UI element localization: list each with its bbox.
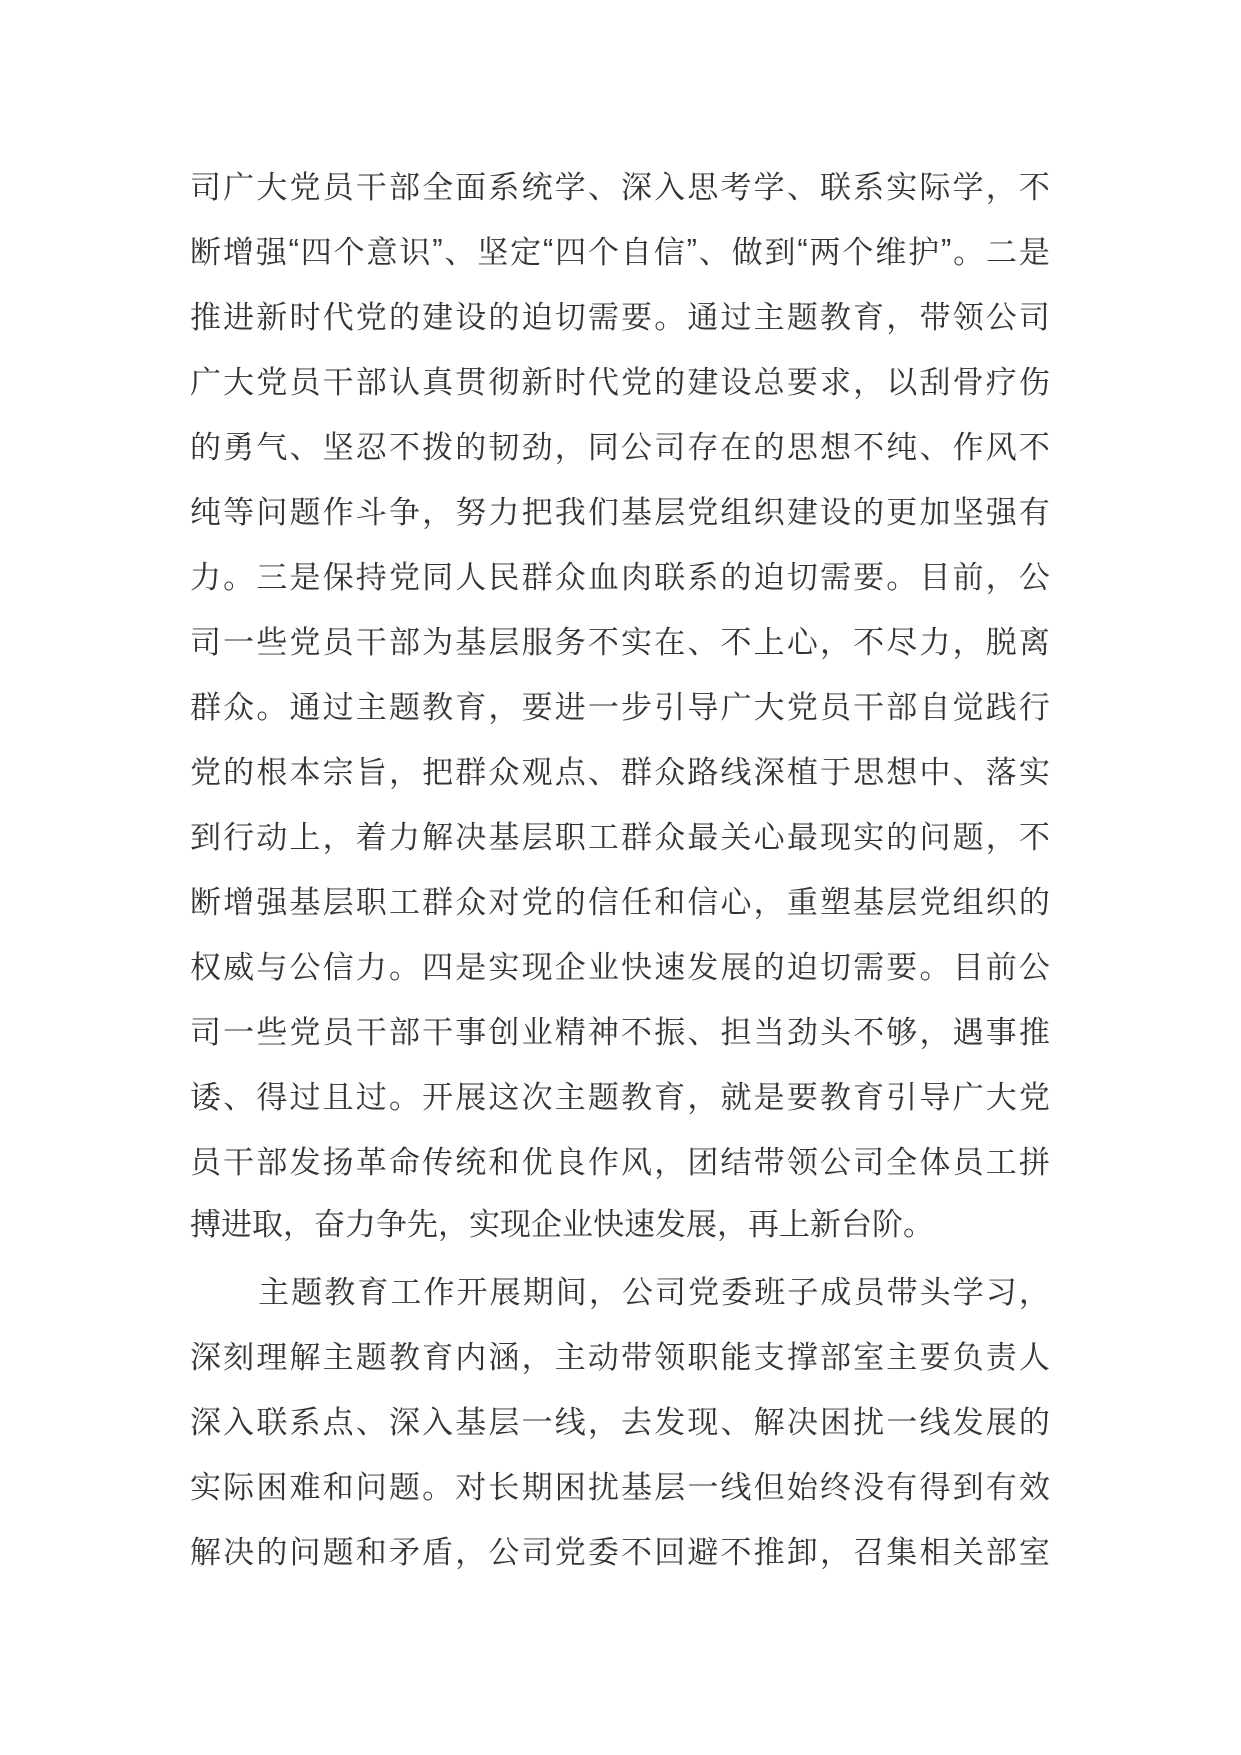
text-line: 权威与公信力。四是实现企业快速发展的迫切需要。目前公 xyxy=(190,932,1050,997)
text-line: 深入联系点、深入基层一线，去发现、解决困扰一线发展的 xyxy=(190,1387,1050,1452)
text-line: 断增强基层职工群众对党的信任和信心，重塑基层党组织的 xyxy=(190,867,1050,932)
text-line: 搏进取，奋力争先，实现企业快速发展，再上新台阶。 xyxy=(190,1192,1050,1257)
text-line: 力。三是保持党同人民群众血肉联系的迫切需要。目前，公 xyxy=(190,542,1050,607)
text-line: 到行动上，着力解决基层职工群众最关心最现实的问题，不 xyxy=(190,802,1050,867)
text-line: 司广大党员干部全面系统学、深入思考学、联系实际学，不 xyxy=(190,152,1050,217)
text-line: 群众。通过主题教育，要进一步引导广大党员干部自觉践行 xyxy=(190,672,1050,737)
text-line: 主题教育工作开展期间，公司党委班子成员带头学习， xyxy=(190,1257,1050,1322)
text-line: 司一些党员干部干事创业精神不振、担当劲头不够，遇事推 xyxy=(190,997,1050,1062)
text-line: 解决的问题和矛盾，公司党委不回避不推卸，召集相关部室 xyxy=(190,1517,1050,1582)
text-line: 推进新时代党的建设的迫切需要。通过主题教育，带领公司 xyxy=(190,282,1050,347)
text-line: 纯等问题作斗争，努力把我们基层党组织建设的更加坚强有 xyxy=(190,477,1050,542)
first-line-indent xyxy=(190,1289,256,1290)
text-line: 司一些党员干部为基层服务不实在、不上心，不尽力，脱离 xyxy=(190,607,1050,672)
text-line: 党的根本宗旨，把群众观点、群众路线深植于思想中、落实 xyxy=(190,737,1050,802)
text-line: 实际困难和问题。对长期困扰基层一线但始终没有得到有效 xyxy=(190,1452,1050,1517)
text-line: 员干部发扬革命传统和优良作风，团结带领公司全体员工拼 xyxy=(190,1127,1050,1192)
text-line: 断增强“四个意识”、坚定“四个自信”、做到“两个维护”。二是 xyxy=(190,217,1050,282)
text-line: 广大党员干部认真贯彻新时代党的建设总要求，以刮骨疗伤 xyxy=(190,347,1050,412)
document-body: 司广大党员干部全面系统学、深入思考学、联系实际学，不断增强“四个意识”、坚定“四… xyxy=(190,152,1050,1582)
text-line: 诿、得过且过。开展这次主题教育，就是要教育引导广大党 xyxy=(190,1062,1050,1127)
text-line: 的勇气、坚忍不拨的韧劲，同公司存在的思想不纯、作风不 xyxy=(190,412,1050,477)
text-line: 深刻理解主题教育内涵，主动带领职能支撑部室主要负责人 xyxy=(190,1322,1050,1387)
document-page: 司广大党员干部全面系统学、深入思考学、联系实际学，不断增强“四个意识”、坚定“四… xyxy=(0,0,1241,1755)
